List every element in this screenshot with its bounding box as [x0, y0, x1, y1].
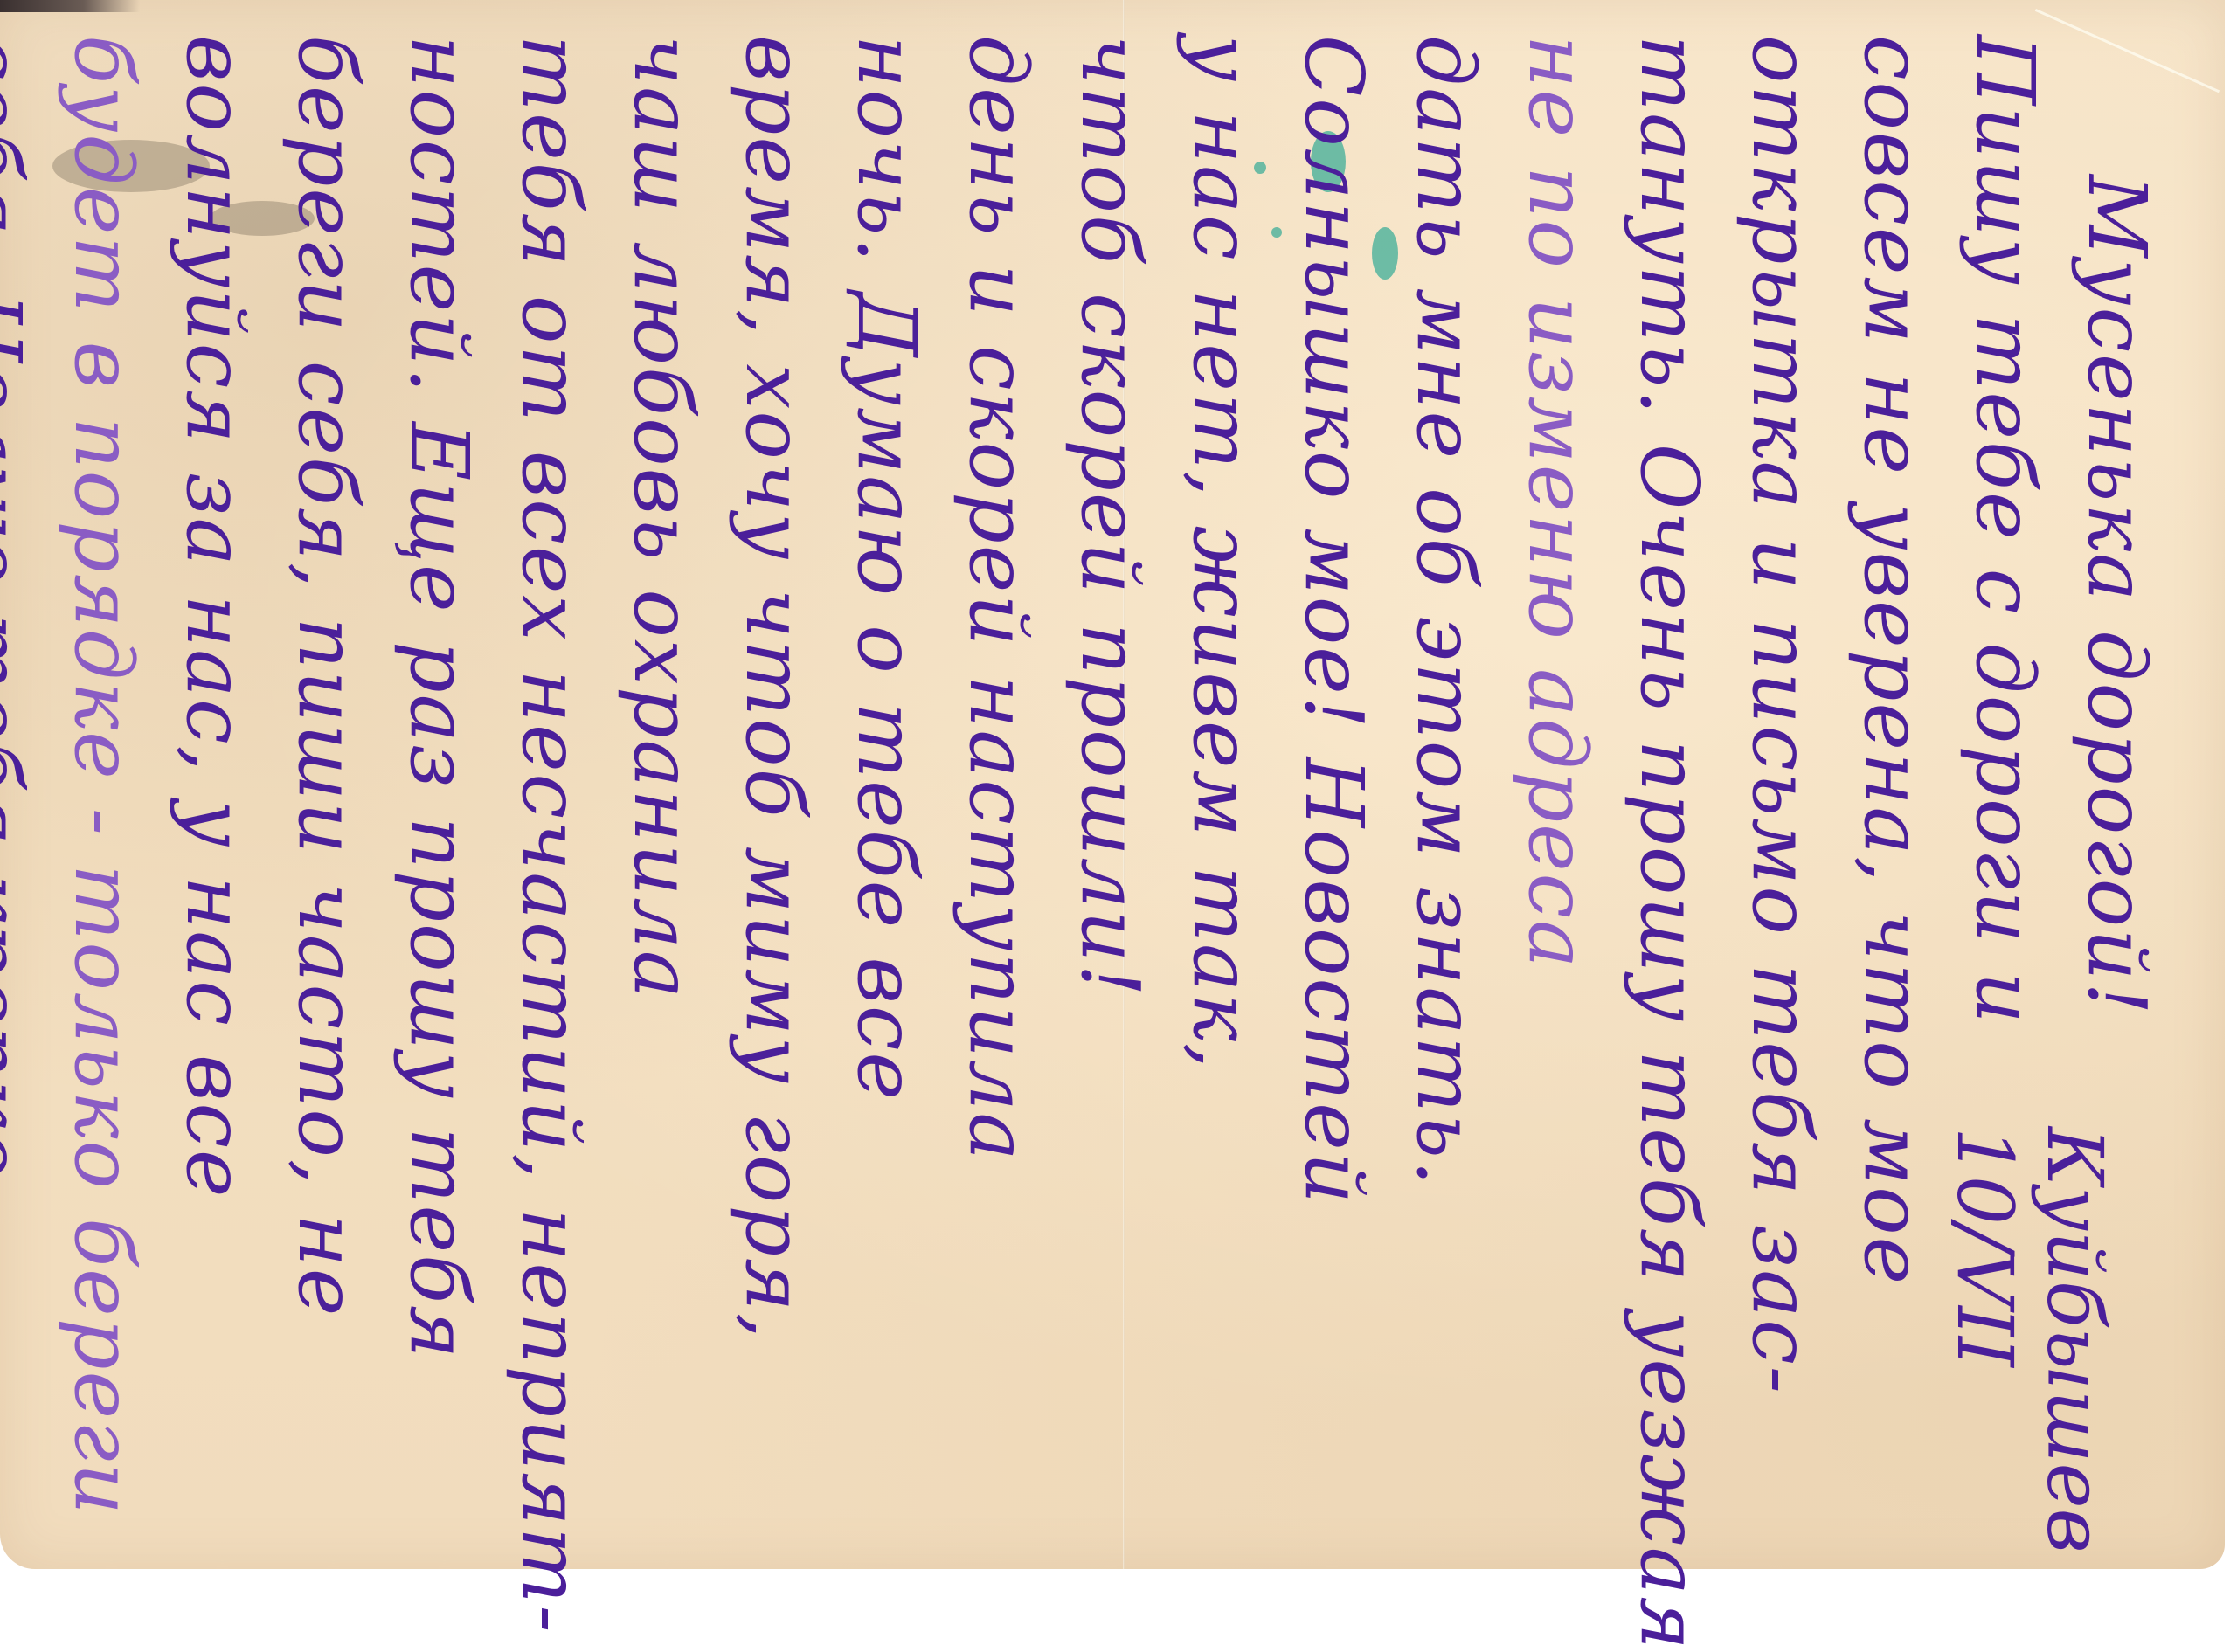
- letter-line: не по изменю адреса: [1501, 35, 1613, 1555]
- place-date: Куйбышев 10/VII: [1940, 1127, 2120, 1569]
- letter-line: открытка и письмо тебя зас-: [1725, 35, 1837, 1555]
- corner-shadow: [0, 0, 140, 12]
- letter-line: день и скорей наступила: [942, 35, 1054, 1555]
- scan-background: Мусенька дорогой! Пишу тебе с дороги и с…: [0, 0, 2237, 1589]
- letter-body: Мусенька дорогой! Пишу тебе с дороги и с…: [0, 35, 2172, 1555]
- letter-line: тебя от всех несчастий, неприят-: [495, 35, 606, 1555]
- postcard: Мусенька дорогой! Пишу тебе с дороги и с…: [0, 0, 2225, 1569]
- letter-line: чаш любовь охранила: [606, 35, 718, 1555]
- letter-line: дать мне об этом знать.: [1389, 35, 1501, 1555]
- letter-line: себя. Целую тебя крепко: [0, 35, 47, 1555]
- letter-line: время, хочу чтоб миму горя,: [718, 35, 830, 1555]
- letter-line: ностей. Еще раз прошу тебя: [383, 35, 495, 1555]
- letter-line: ночь. Думаю о тебе все: [830, 35, 942, 1555]
- letter-line: Солнышко мое! Новостей: [1278, 35, 1389, 1555]
- letter-line: совсем не уверена, что мое: [1837, 35, 1949, 1555]
- letter-line: будет в порядке - только береги: [47, 35, 159, 1555]
- letter-line: береги себя, пиши часто, не: [271, 35, 383, 1555]
- letter-line: у нас нет, живем так,: [1166, 35, 1278, 1555]
- letter-line: чтоб скорей прошли!: [1054, 35, 1166, 1555]
- letter-line: тануть. Очень прошу тебя уезжая: [1613, 35, 1725, 1555]
- letter-line: волнуйся за нас, у нас все: [159, 35, 271, 1555]
